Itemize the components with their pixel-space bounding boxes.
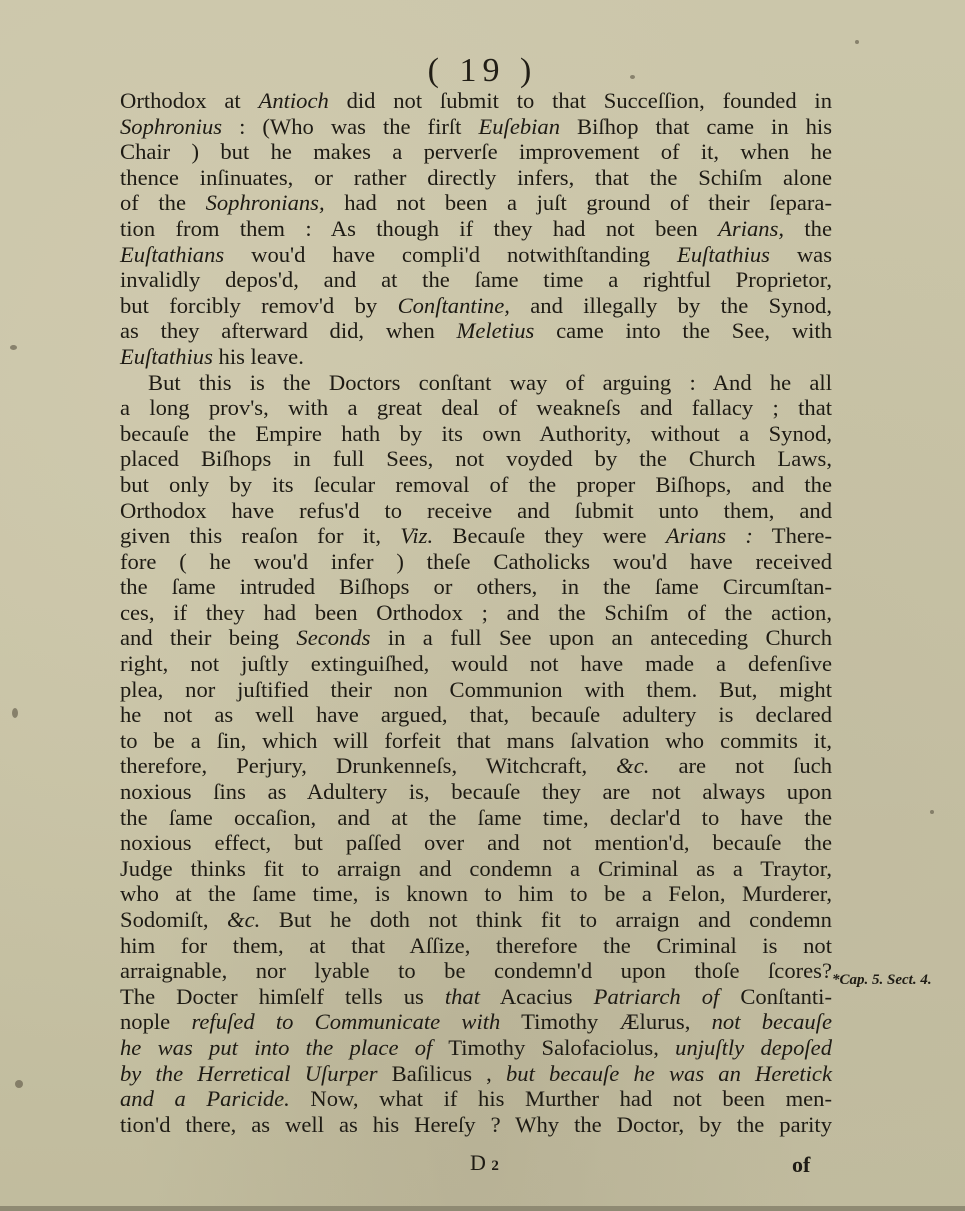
paper-speck bbox=[855, 40, 859, 44]
text-line: the ſame occaſion, and at the ſame time,… bbox=[120, 805, 832, 831]
roman-text: a long prov's, with a great deal of weak… bbox=[120, 395, 832, 420]
italic-text: refuſed to Communicate with bbox=[191, 1009, 500, 1034]
roman-text: The Docter himſelf tells us bbox=[120, 984, 445, 1009]
italic-text: Euſtathius bbox=[120, 344, 213, 369]
roman-text: invalidly depos'd, and at the ſame time … bbox=[120, 267, 832, 292]
roman-text: did not ſubmit to that Succeſſion, found… bbox=[329, 88, 832, 113]
text-line: noxious effect, but paſſed over and not … bbox=[120, 830, 832, 856]
roman-text: Sodomiſt, bbox=[120, 907, 227, 932]
page-number: ( 19 ) bbox=[0, 52, 965, 90]
text-line: noxious ſins as Adultery is, becauſe the… bbox=[120, 779, 832, 805]
italic-text: &c. bbox=[616, 753, 649, 778]
roman-text: came into the See, with bbox=[534, 318, 832, 343]
italic-text: Euſtathians bbox=[120, 242, 224, 267]
roman-text: noxious effect, but paſſed over and not … bbox=[120, 830, 832, 855]
roman-text: the bbox=[784, 216, 832, 241]
text-line: arraignable, nor lyable to be condemn'd … bbox=[120, 958, 832, 984]
text-line: of the Sophronians, had not been a juſt … bbox=[120, 190, 832, 216]
italic-text: Seconds bbox=[296, 625, 370, 650]
text-line: But this is the Doctors conſtant way of … bbox=[120, 370, 832, 396]
body-text: Orthodox at Antioch did not ſubmit to th… bbox=[120, 88, 832, 1137]
text-line: and their being Seconds in a full See up… bbox=[120, 625, 832, 651]
text-line: ces, if they had been Orthodox ; and the… bbox=[120, 600, 832, 626]
roman-text: : (Who was the firſt bbox=[222, 114, 478, 139]
paper-speck bbox=[10, 345, 17, 350]
roman-text: tion'd there, as well as his Hereſy ? Wh… bbox=[120, 1112, 832, 1137]
text-line: becauſe the Empire hath by its own Autho… bbox=[120, 421, 832, 447]
roman-text: the ſame intruded Biſhops or others, in … bbox=[120, 574, 832, 599]
text-line: as they afterward did, when Meletius cam… bbox=[120, 318, 832, 344]
roman-text: Baſilicus , bbox=[378, 1061, 506, 1086]
roman-text: had not been a juſt ground of their ſepa… bbox=[325, 190, 832, 215]
roman-text: arraignable, nor lyable to be condemn'd … bbox=[120, 958, 832, 983]
roman-text: wou'd have compli'd notwithſtanding bbox=[224, 242, 677, 267]
italic-text: he was put into the place of bbox=[120, 1035, 432, 1060]
roman-text: Orthodox at bbox=[120, 88, 259, 113]
italic-text: Viz. bbox=[400, 523, 433, 548]
text-line: Sodomiſt, &c. But he doth not think fit … bbox=[120, 907, 832, 933]
marginal-note: *Cap. 5. Sect. 4. bbox=[832, 972, 932, 989]
roman-text: But he doth not think fit to arraign and… bbox=[260, 907, 832, 932]
text-line: right, not juſtly extinguiſhed, would no… bbox=[120, 651, 832, 677]
text-line: Euſtathians wou'd have compli'd notwithſ… bbox=[120, 242, 832, 268]
paper-speck bbox=[12, 708, 18, 718]
roman-text: his leave. bbox=[213, 344, 304, 369]
roman-text: to be a ſin, which will forfeit that man… bbox=[120, 728, 832, 753]
roman-text: as they afterward did, when bbox=[120, 318, 457, 343]
italic-text: Conſtantine, bbox=[398, 293, 510, 318]
paper-speck bbox=[630, 75, 635, 79]
roman-text: nople bbox=[120, 1009, 191, 1034]
roman-text: placed Biſhops in full Sees, not voyded … bbox=[120, 446, 832, 471]
text-line: Euſtathius his leave. bbox=[120, 344, 832, 370]
roman-text: becauſe the Empire hath by its own Autho… bbox=[120, 421, 832, 446]
roman-text: of the bbox=[120, 190, 206, 215]
italic-text: not becauſe bbox=[712, 1009, 832, 1034]
text-line: tion'd there, as well as his Hereſy ? Wh… bbox=[120, 1112, 832, 1138]
text-line: Sophronius : (Who was the firſt Euſebian… bbox=[120, 114, 832, 140]
italic-text: by the Herretical Uſurper bbox=[120, 1061, 378, 1086]
document-page: ( 19 ) Orthodox at Antioch did not ſubmi… bbox=[0, 0, 965, 1211]
text-line: tion from them : As though if they had n… bbox=[120, 216, 832, 242]
text-line: The Docter himſelf tells us that Acacius… bbox=[120, 984, 832, 1010]
roman-text: and their being bbox=[120, 625, 296, 650]
text-line: placed Biſhops in full Sees, not voyded … bbox=[120, 446, 832, 472]
italic-text: &c. bbox=[227, 907, 260, 932]
text-line: but only by its ſecular removal of the p… bbox=[120, 472, 832, 498]
roman-text: noxious ſins as Adultery is, becauſe the… bbox=[120, 779, 832, 804]
signature-mark: D 2 bbox=[470, 1150, 499, 1176]
italic-text: Euſtathius bbox=[677, 242, 770, 267]
roman-text: Timothy Salofaciolus, bbox=[432, 1035, 675, 1060]
roman-text: him for them, at that Aſſize, therefore … bbox=[120, 933, 832, 958]
italic-text: that bbox=[445, 984, 480, 1009]
roman-text: Now, what if his Murther had not been me… bbox=[290, 1086, 832, 1111]
text-line: he not as well have argued, that, becauſ… bbox=[120, 702, 832, 728]
text-line: but forcibly remov'd by Conſtantine, and… bbox=[120, 293, 832, 319]
text-line: thence inſinuates, or rather directly in… bbox=[120, 165, 832, 191]
roman-text: Conſtanti- bbox=[719, 984, 832, 1009]
text-line: invalidly depos'd, and at the ſame time … bbox=[120, 267, 832, 293]
roman-text: right, not juſtly extinguiſhed, would no… bbox=[120, 651, 832, 676]
roman-text: Timothy Ælurus, bbox=[500, 1009, 711, 1034]
text-line: by the Herretical Uſurper Baſilicus , bu… bbox=[120, 1061, 832, 1087]
paper-speck bbox=[930, 810, 934, 814]
text-line: nople refuſed to Communicate with Timoth… bbox=[120, 1009, 832, 1035]
italic-text: Sophronians, bbox=[206, 190, 325, 215]
roman-text: given this reaſon for it, bbox=[120, 523, 400, 548]
text-line: he was put into the place of Timothy Sal… bbox=[120, 1035, 832, 1061]
italic-text: Arians : bbox=[666, 523, 753, 548]
text-line: fore ( he wou'd infer ) theſe Catholicks… bbox=[120, 549, 832, 575]
text-line: Orthodox at Antioch did not ſubmit to th… bbox=[120, 88, 832, 114]
italic-text: Meletius bbox=[457, 318, 535, 343]
italic-text: and a Paricide. bbox=[120, 1086, 290, 1111]
signature-letter: D bbox=[470, 1150, 486, 1175]
roman-text: are not ſuch bbox=[649, 753, 832, 778]
text-line: and a Paricide. Now, what if his Murther… bbox=[120, 1086, 832, 1112]
text-line: plea, nor juſtified their non Communion … bbox=[120, 677, 832, 703]
roman-text: in a full See upon an anteceding Church bbox=[370, 625, 832, 650]
text-line: Chair ) but he makes a perverſe improvem… bbox=[120, 139, 832, 165]
italic-text: but becauſe he was an Heretick bbox=[506, 1061, 832, 1086]
text-line: Judge thinks fit to arraign and condemn … bbox=[120, 856, 832, 882]
text-line: him for them, at that Aſſize, therefore … bbox=[120, 933, 832, 959]
roman-text: Judge thinks fit to arraign and condemn … bbox=[120, 856, 832, 881]
text-line: therefore, Perjury, Drunkenneſs, Witchcr… bbox=[120, 753, 832, 779]
text-line: to be a ſin, which will forfeit that man… bbox=[120, 728, 832, 754]
italic-text: Patriarch of bbox=[594, 984, 720, 1009]
roman-text: fore ( he wou'd infer ) theſe Catholicks… bbox=[120, 549, 832, 574]
text-line: Orthodox have refus'd to receive and ſub… bbox=[120, 498, 832, 524]
italic-text: Arians, bbox=[718, 216, 784, 241]
roman-text: tion from them : As though if they had n… bbox=[120, 216, 718, 241]
roman-text: was bbox=[770, 242, 832, 267]
roman-text: who at the ſame time, is known to him to… bbox=[120, 881, 832, 906]
text-line: given this reaſon for it, Viz. Becauſe t… bbox=[120, 523, 832, 549]
italic-text: Antioch bbox=[259, 88, 329, 113]
roman-text: There- bbox=[753, 523, 832, 548]
roman-text: plea, nor juſtified their non Communion … bbox=[120, 677, 832, 702]
roman-text: but forcibly remov'd by bbox=[120, 293, 398, 318]
roman-text: he not as well have argued, that, becauſ… bbox=[120, 702, 832, 727]
italic-text: Euſebian bbox=[478, 114, 560, 139]
catchword: of bbox=[792, 1152, 810, 1178]
italic-text: unjuſtly depoſed bbox=[675, 1035, 832, 1060]
roman-text: Orthodox have refus'd to receive and ſub… bbox=[120, 498, 832, 523]
roman-text: Biſhop that came in his bbox=[560, 114, 832, 139]
roman-text: the ſame occaſion, and at the ſame time,… bbox=[120, 805, 832, 830]
roman-text: ces, if they had been Orthodox ; and the… bbox=[120, 600, 832, 625]
roman-text: but only by its ſecular removal of the p… bbox=[120, 472, 832, 497]
roman-text: and illegally by the Synod, bbox=[510, 293, 832, 318]
paper-speck bbox=[15, 1080, 23, 1088]
signature-number: 2 bbox=[491, 1158, 499, 1174]
text-line: who at the ſame time, is known to him to… bbox=[120, 881, 832, 907]
text-line: a long prov's, with a great deal of weak… bbox=[120, 395, 832, 421]
roman-text: Acacius bbox=[480, 984, 594, 1009]
roman-text: Chair ) but he makes a perverſe improvem… bbox=[120, 139, 832, 164]
text-line: the ſame intruded Biſhops or others, in … bbox=[120, 574, 832, 600]
roman-text: thence inſinuates, or rather directly in… bbox=[120, 165, 832, 190]
italic-text: Sophronius bbox=[120, 114, 222, 139]
roman-text: Becauſe they were bbox=[433, 523, 666, 548]
roman-text: therefore, Perjury, Drunkenneſs, Witchcr… bbox=[120, 753, 616, 778]
roman-text: But this is the Doctors conſtant way of … bbox=[148, 370, 832, 395]
